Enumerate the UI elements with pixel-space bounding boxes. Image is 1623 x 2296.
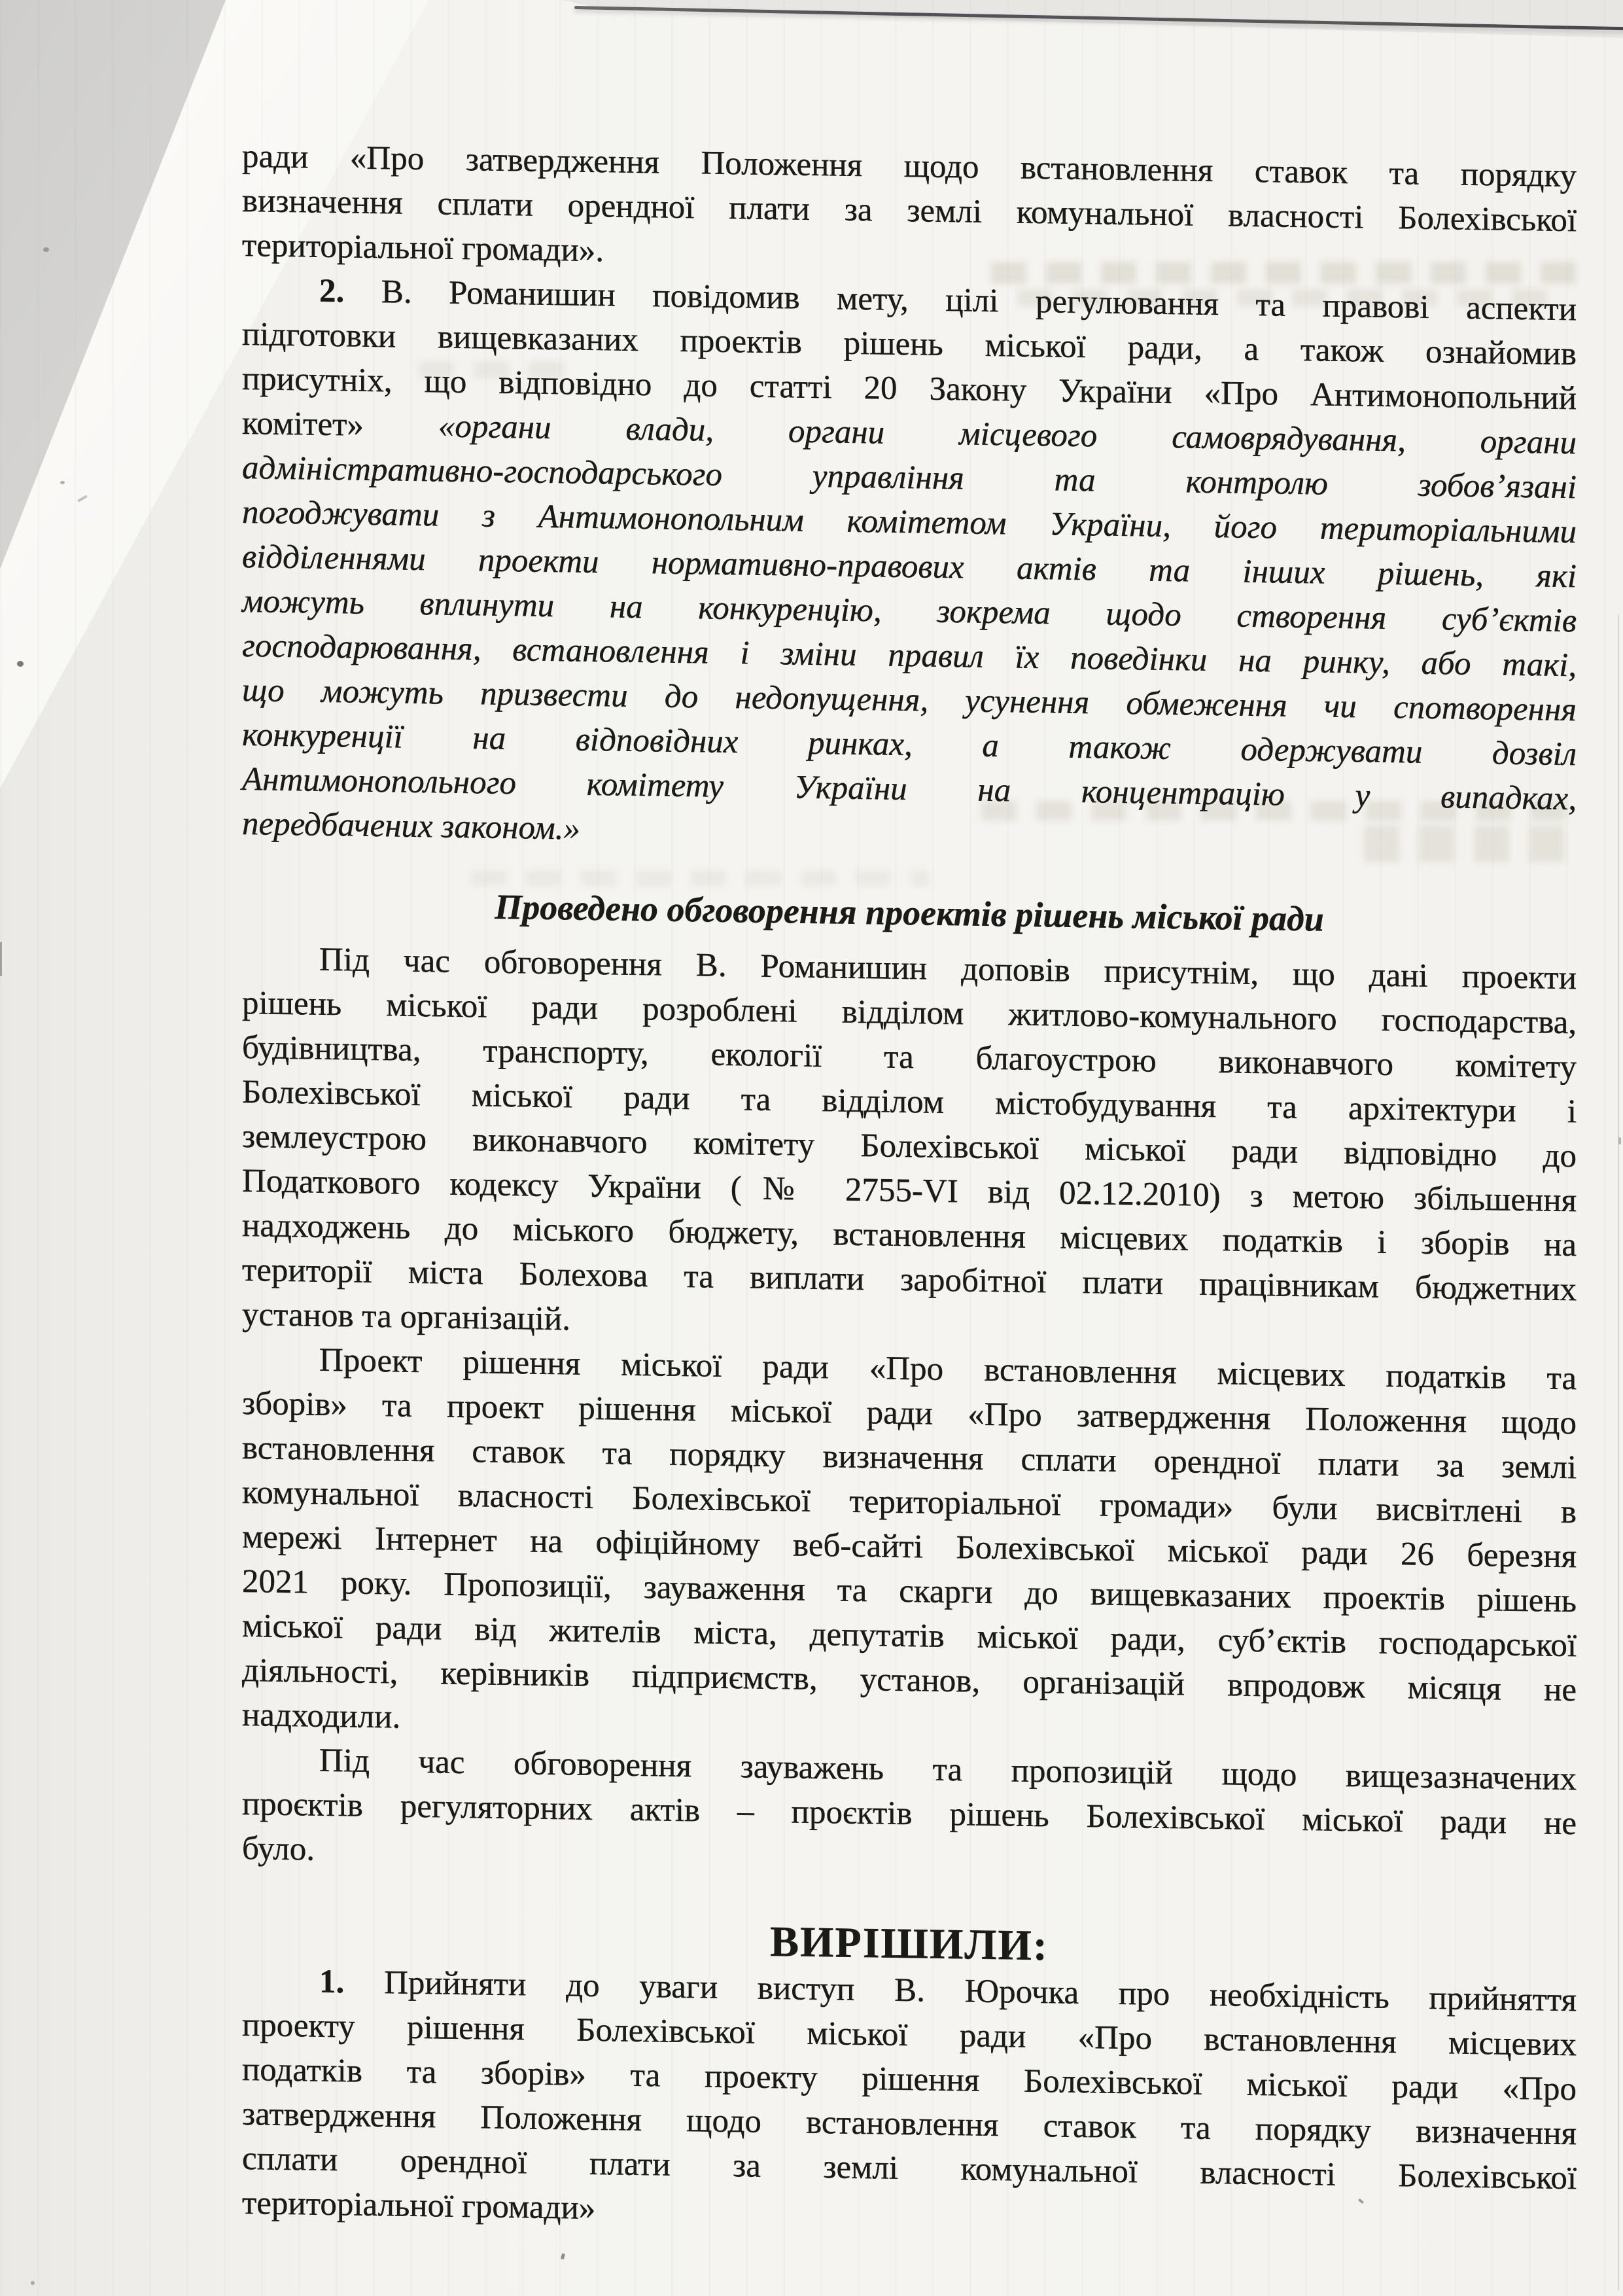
paragraph: Під час обговорення зауважень та пропози… <box>242 1737 1577 1890</box>
document-text-block: ради «Про затвердження Положення щодо вс… <box>242 134 1577 2245</box>
scan-speck <box>561 2253 565 2259</box>
scanner-background-top-strip <box>563 0 1623 41</box>
text-segment: установ та організацій. <box>242 1296 570 1337</box>
text-segment: передбачених законом.» <box>242 805 580 847</box>
paragraph: 2. В. Романишин повідомив мету, цілі рег… <box>242 268 1577 866</box>
scanned-document-page: ради «Про затвердження Положення щодо вс… <box>0 0 1623 2296</box>
scan-speck <box>17 661 24 667</box>
paper-right-crease <box>1618 615 1619 2290</box>
scan-speck <box>31 2281 35 2285</box>
text-segment: територіальної громади» <box>242 2185 595 2227</box>
paragraph: ради «Про затвердження Положення щодо вс… <box>242 134 1577 287</box>
paragraph: 1. Прийняти до уваги виступ В. Юрочка пр… <box>242 1958 1577 2245</box>
text-segment: було. <box>242 1830 315 1868</box>
text-segment: надходили. <box>242 1697 400 1736</box>
scan-speck <box>43 247 49 252</box>
paragraph: Проект рішення міської ради «Про встанов… <box>242 1337 1577 1757</box>
text-segment: комітет» <box>242 405 364 444</box>
text-segment: 1. <box>319 1964 344 2001</box>
scan-speck <box>60 481 65 484</box>
paragraph: Під час обговорення В. Романишин доповів… <box>242 936 1577 1356</box>
text-segment: 2. <box>319 273 344 310</box>
scan-speck <box>1618 1137 1621 1144</box>
text-segment: територіальної громади». <box>242 227 604 269</box>
paper-left-edge-mark <box>0 942 2 976</box>
section-heading-discussion: Проведено обговорення проектів рішень мі… <box>242 880 1577 945</box>
